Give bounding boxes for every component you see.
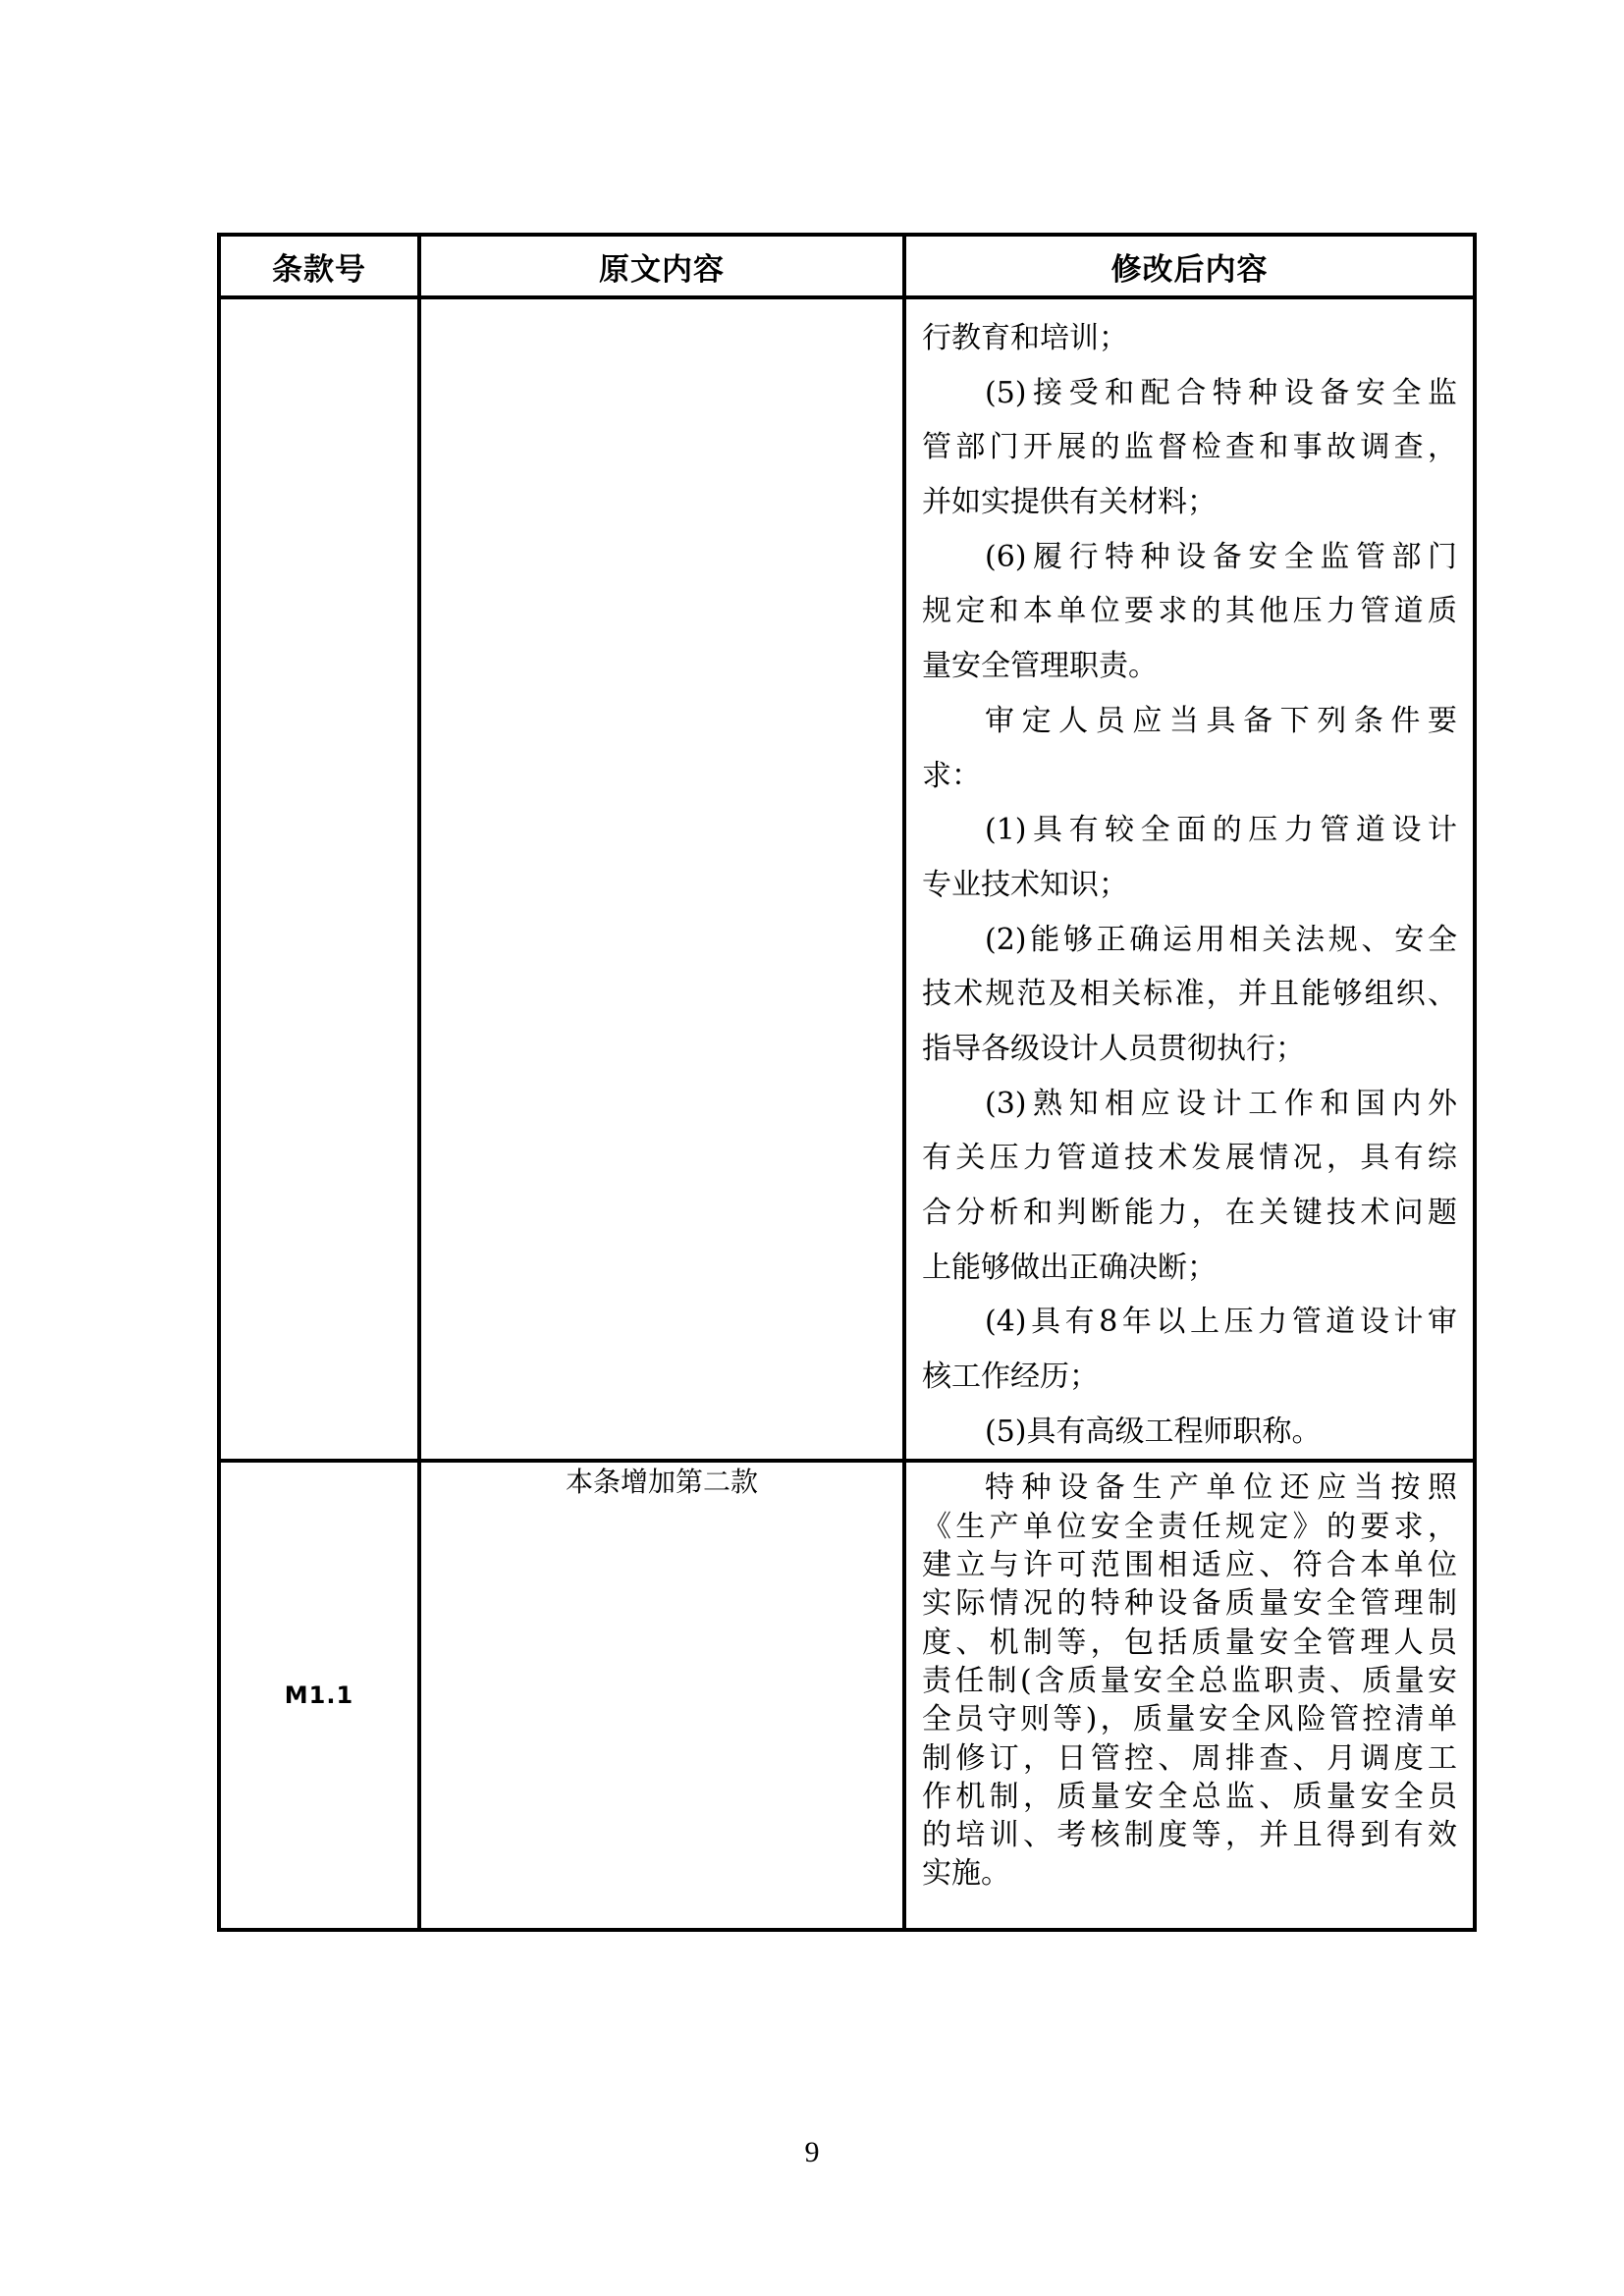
amendment-table: 条款号 原文内容 修改后内容 行教育和培训；(5)接受和配合特种设备安全监管部门…	[217, 233, 1477, 1932]
text-line: (3)熟知相应设计工作和国内外	[922, 1077, 1457, 1132]
text-line: 实施。	[922, 1854, 1457, 1893]
original-cell	[419, 297, 904, 1461]
text-line: 度、机制等，包括质量安全管理人员	[922, 1624, 1457, 1662]
header-original-content: 原文内容	[419, 235, 904, 297]
page-number: 9	[0, 2136, 1624, 2169]
text-line: 有关压力管道技术发展情况，具有综	[922, 1131, 1457, 1186]
clause-cell	[219, 297, 419, 1461]
table-row: 行教育和培训；(5)接受和配合特种设备安全监管部门开展的监督检查和事故调查，并如…	[219, 297, 1475, 1461]
table-header-row: 条款号 原文内容 修改后内容	[219, 235, 1475, 297]
text-line: (6)履行特种设备安全监管部门	[922, 530, 1457, 585]
header-clause-number: 条款号	[219, 235, 419, 297]
text-line: 的培训、考核制度等，并且得到有效	[922, 1816, 1457, 1854]
text-line: (1)具有较全面的压力管道设计	[922, 803, 1457, 858]
text-line: 审定人员应当具备下列条件要	[922, 694, 1457, 749]
header-revised-content: 修改后内容	[904, 235, 1475, 297]
text-line: 行教育和培训；	[922, 311, 1457, 366]
clause-cell: M1.1	[219, 1461, 419, 1930]
text-line: 全员守则等)，质量安全风险管控清单	[922, 1700, 1457, 1738]
text-line: 上能够做出正确决断；	[922, 1241, 1457, 1296]
table-row: M1.1 本条增加第二款 特种设备生产单位还应当按照《生产单位安全责任规定》的要…	[219, 1461, 1475, 1930]
text-line: 量安全管理职责。	[922, 639, 1457, 694]
text-line: 特种设备生产单位还应当按照	[922, 1468, 1457, 1507]
text-line: 并如实提供有关材料；	[922, 475, 1457, 530]
text-line: 建立与许可范围相适应、符合本单位	[922, 1546, 1457, 1584]
text-line: 指导各级设计人员贯彻执行；	[922, 1022, 1457, 1077]
text-line: (5)接受和配合特种设备安全监	[922, 366, 1457, 421]
text-line: 《生产单位安全责任规定》的要求，	[922, 1508, 1457, 1546]
text-line: (2)能够正确运用相关法规、安全	[922, 913, 1457, 968]
text-line: (5)具有高级工程师职称。	[922, 1405, 1457, 1460]
revised-text: 行教育和培训；(5)接受和配合特种设备安全监管部门开展的监督检查和事故调查，并如…	[906, 299, 1473, 1459]
original-cell: 本条增加第二款	[419, 1461, 904, 1930]
text-line: 合分析和判断能力，在关键技术问题	[922, 1186, 1457, 1241]
text-line: 管部门开展的监督检查和事故调查，	[922, 420, 1457, 475]
text-line: 作机制，质量安全总监、质量安全员	[922, 1778, 1457, 1816]
text-line: 实际情况的特种设备质量安全管理制	[922, 1584, 1457, 1623]
text-line: 核工作经历；	[922, 1350, 1457, 1405]
text-line: 求：	[922, 749, 1457, 804]
text-line: 专业技术知识；	[922, 858, 1457, 913]
revised-cell: 特种设备生产单位还应当按照《生产单位安全责任规定》的要求，建立与许可范围相适应、…	[904, 1461, 1475, 1930]
document-page: 条款号 原文内容 修改后内容 行教育和培训；(5)接受和配合特种设备安全监管部门…	[0, 0, 1624, 2296]
revised-cell: 行教育和培训；(5)接受和配合特种设备安全监管部门开展的监督检查和事故调查，并如…	[904, 297, 1475, 1461]
text-line: 技术规范及相关标准，并且能够组织、	[922, 967, 1457, 1022]
revised-text: 特种设备生产单位还应当按照《生产单位安全责任规定》的要求，建立与许可范围相适应、…	[906, 1463, 1473, 1893]
text-line: 制修订，日管控、周排查、月调度工	[922, 1739, 1457, 1778]
text-line: 规定和本单位要求的其他压力管道质	[922, 584, 1457, 639]
text-line: (4)具有8年以上压力管道设计审	[922, 1295, 1457, 1350]
text-line: 责任制(含质量安全总监职责、质量安	[922, 1662, 1457, 1700]
